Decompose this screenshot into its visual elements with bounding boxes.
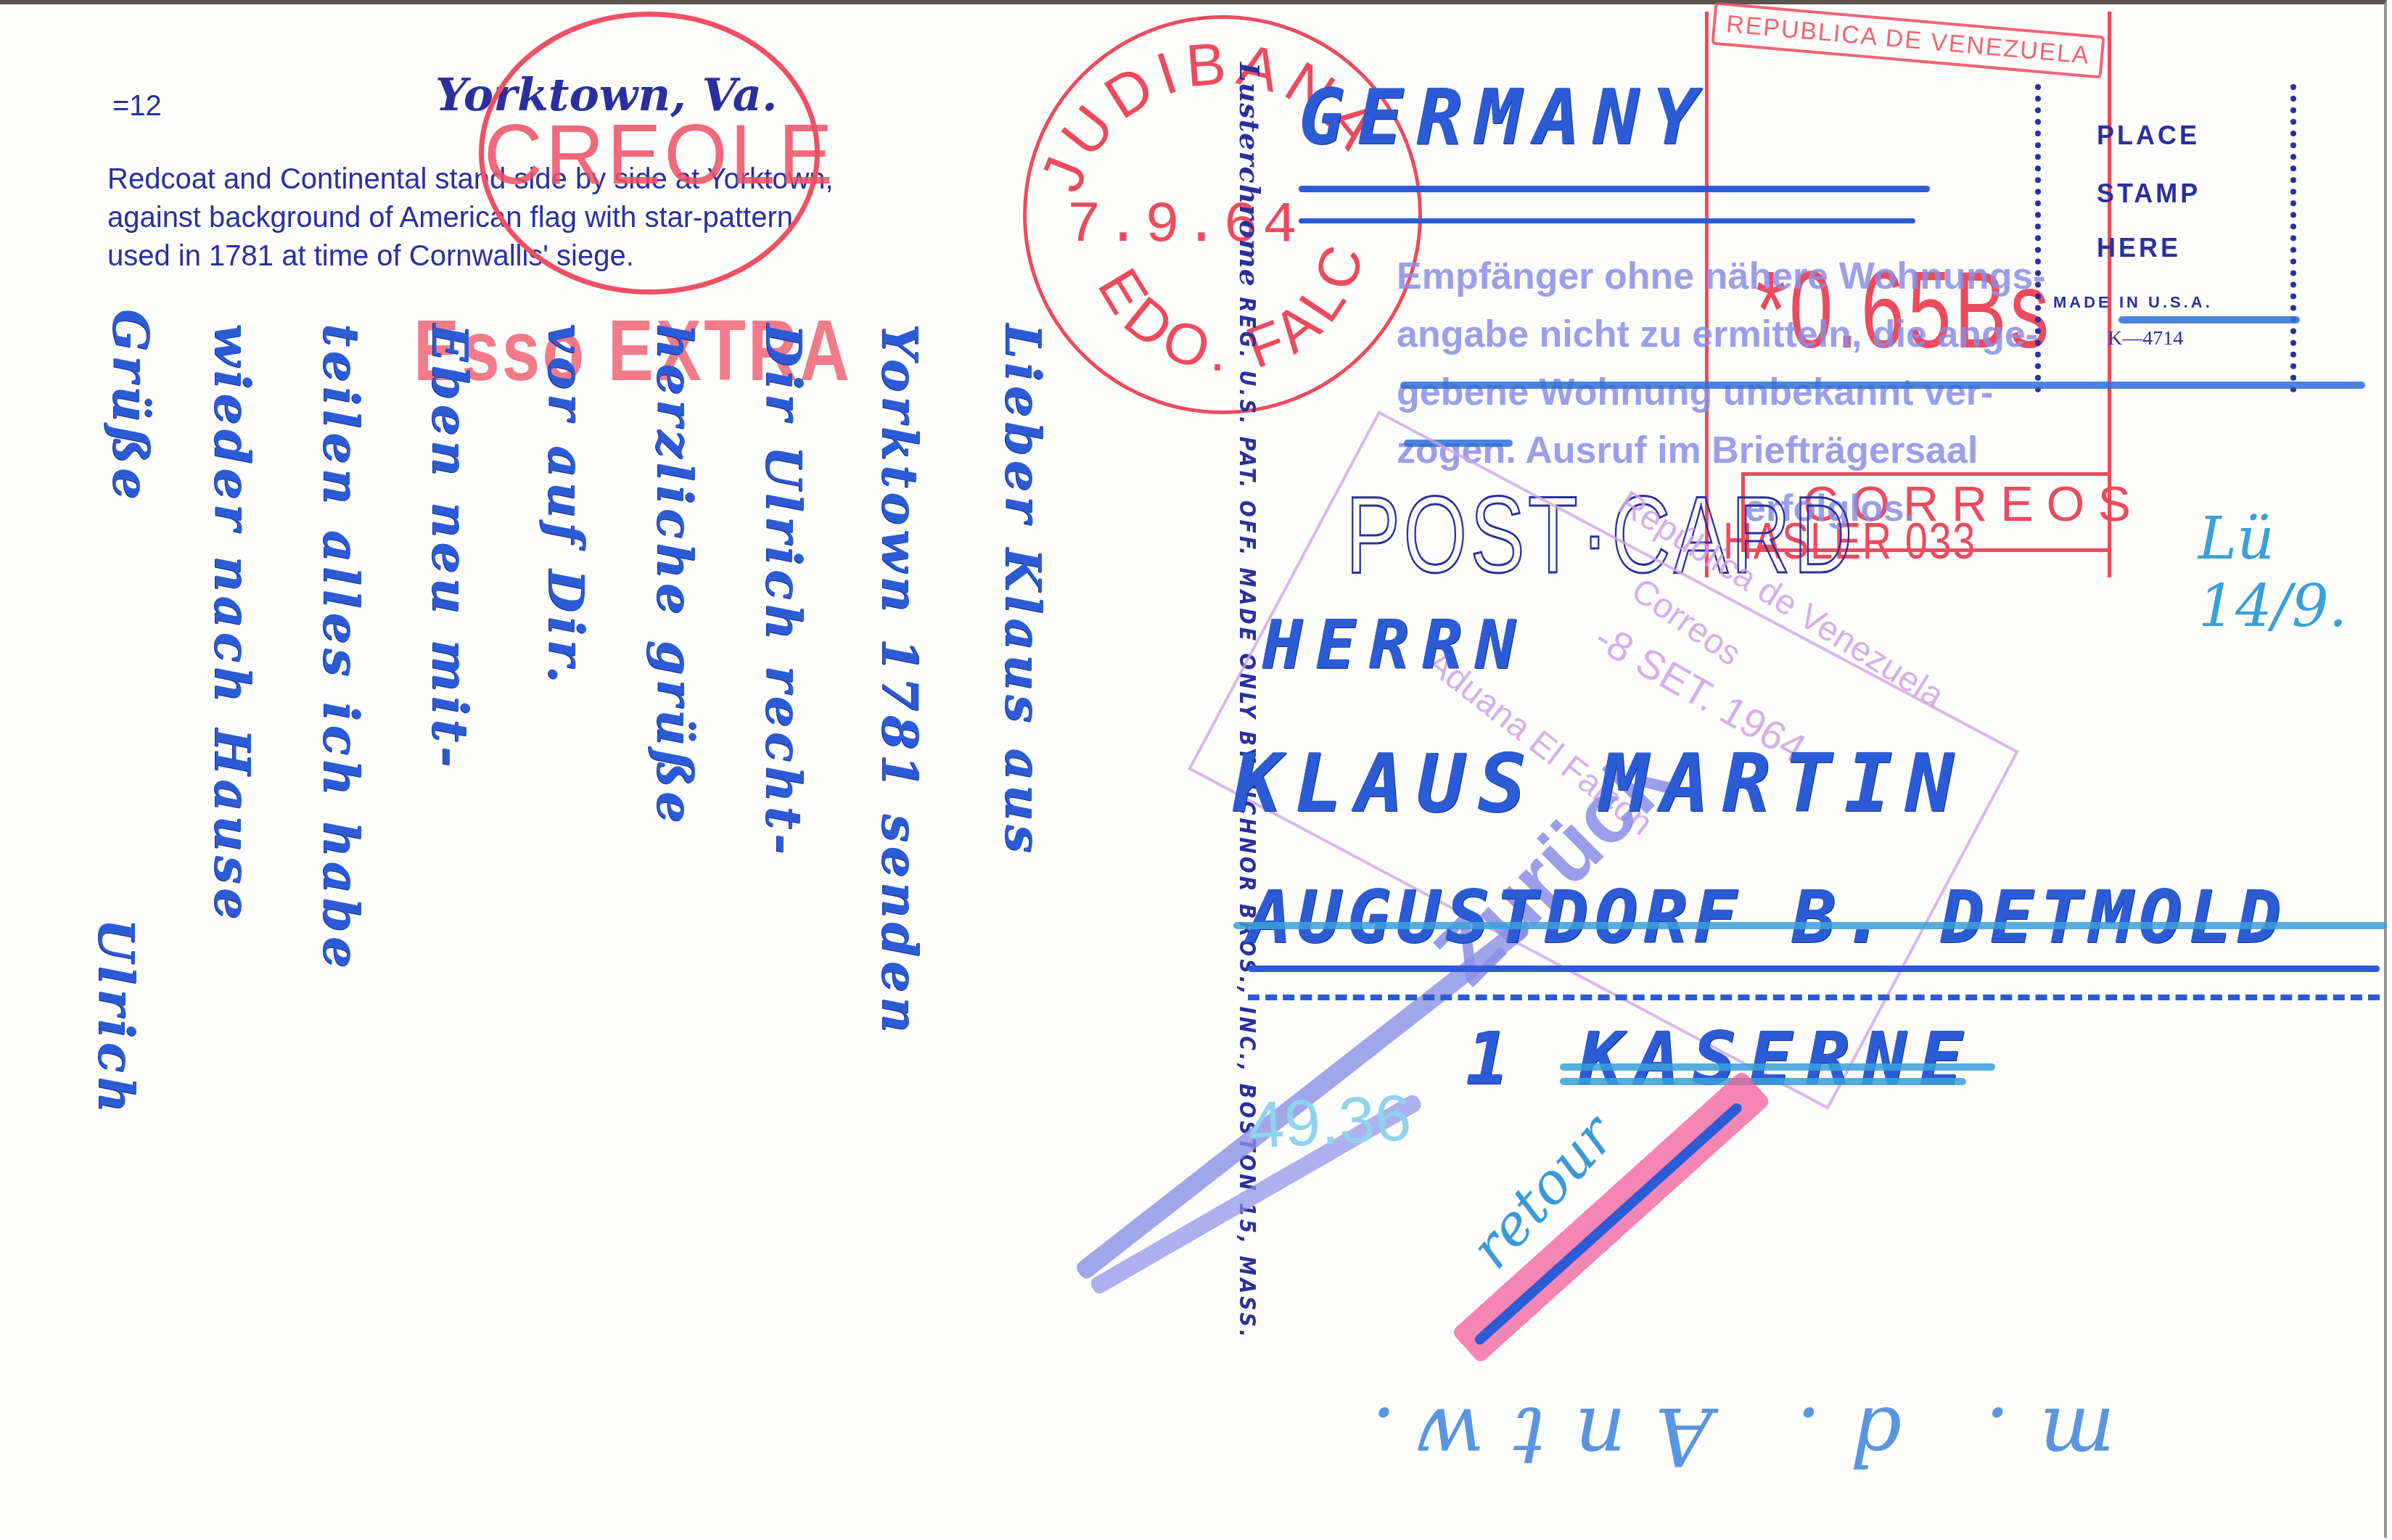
strike-line <box>2118 316 2300 324</box>
message-line: Dir Ulrich recht- <box>755 324 813 858</box>
stamp-box-line: PLACE <box>2097 120 2200 151</box>
strike-line <box>1233 922 2387 929</box>
address-country: GERMANY <box>1299 73 1711 162</box>
postcard-back: =12 Yorktown, Va. Redcoat and Continenta… <box>0 0 2387 1538</box>
return-notice-line: Empfänger ohne nähere Wohnungs- <box>1397 247 2383 305</box>
country-underline <box>1299 186 1930 192</box>
return-notice-line: zogen. Ausruf im Briefträgersaal <box>1397 421 2383 479</box>
signature: m. d. Antw. <box>1342 1390 2115 1483</box>
message-line: Ulrich <box>87 918 145 1117</box>
strike-line <box>1400 382 2365 389</box>
address-name: KLAUS MARTIN <box>1233 737 1967 830</box>
street-dashes <box>1248 995 2380 1006</box>
creole-stamp-text: CREOLE <box>484 105 815 203</box>
message-line: teilen alles ich habe <box>312 324 370 972</box>
address-salutation: HERRN <box>1262 606 1529 684</box>
annotation-corner: Lü 14/9. <box>2198 505 2384 640</box>
message-line: Grüße <box>102 309 160 503</box>
street-underline <box>1248 965 2380 972</box>
postmark-date: 7.9.64 <box>1066 193 1302 259</box>
message-line: Yorktown 1781 senden <box>871 324 929 1037</box>
annotation-number: 49.36 <box>1246 1081 1413 1164</box>
message-line: Eben neu mit- <box>421 324 479 771</box>
country-underline <box>1299 218 1915 223</box>
publisher-brand: Lusterchrome <box>1233 62 1266 287</box>
strike-line <box>1560 1078 1966 1085</box>
strike-line <box>1560 1063 1995 1071</box>
creole-oval-stamp: CREOLE <box>479 12 820 295</box>
address-street: AUGUSTDORF B. DETMOLD <box>1248 875 2287 960</box>
stamp-box-line: STAMP <box>2097 178 2200 209</box>
message-line: vor auf Dir. <box>537 324 595 687</box>
caption-number: =12 <box>112 90 162 123</box>
message-line: Lieber Klaus aus <box>994 324 1052 857</box>
return-notice-line: angabe nicht zu ermitteln, die ange- <box>1397 305 2383 363</box>
message-line: wieder nach Hause <box>203 324 261 923</box>
message-line: herzliche grüße <box>646 324 704 827</box>
return-notice-line: gebene Wohnung unbekannt ver- <box>1397 363 2383 421</box>
